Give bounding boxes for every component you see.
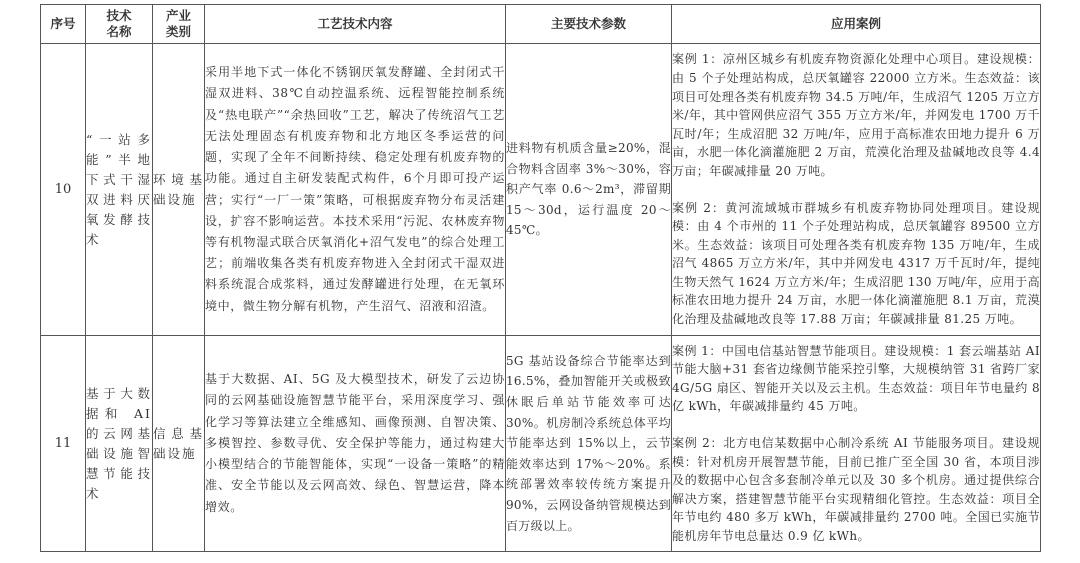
row-process-content: 采用半地下式一体化不锈钢厌氧发酵罐、全封闭式干湿双进料、38℃自动控温系统、远程… <box>205 44 506 336</box>
row-tech-name: 基于大数据和 AI 的云网基础设施智慧节能技术 <box>86 336 153 552</box>
row-application-cases: 案例 1：中国电信基站智慧节能项目。建设规模：1 套云端基站 AI 节能大脑+3… <box>672 336 1041 552</box>
header-name: 技术名称 <box>86 5 153 44</box>
header-seq: 序号 <box>41 5 86 44</box>
row-seq: 10 <box>41 44 86 336</box>
row-tech-params: 5G 基站设备综合节能率达到 16.5%，叠加智能开关或极致休眠后单站节能效率可… <box>506 336 672 552</box>
table-row: 11 基于大数据和 AI 的云网基础设施智慧节能技术 信息基础设施 基于大数据、… <box>41 336 1041 552</box>
row-seq: 11 <box>41 336 86 552</box>
header-content: 工艺技术内容 <box>205 5 506 44</box>
row-process-content: 基于大数据、AI、5G 及大模型技术，研发了云边协同的云网基础设施智慧节能平台，… <box>205 336 506 552</box>
row-tech-name: “一站多能”半地下式干湿双进料厌氧发酵技术 <box>86 44 153 336</box>
row-tech-params: 进料物有机质含量≥20%，混合物料含固率 3%～30%，容积产气率 0.6～2m… <box>506 44 672 336</box>
case-2: 案例 2：黄河流域城市群城乡有机废弃物协同处理项目。建设规模：由 4 个市州的 … <box>672 199 1040 329</box>
row-application-cases: 案例 1：凉州区城乡有机废弃物资源化处理中心项目。建设规模：由 5 个子处理站构… <box>672 44 1041 336</box>
header-cases: 应用案例 <box>672 5 1041 44</box>
table-row: 10 “一站多能”半地下式干湿双进料厌氧发酵技术 环境基础设施 采用半地下式一体… <box>41 44 1041 336</box>
row-category: 信息基础设施 <box>153 336 205 552</box>
table-header-row: 序号 技术名称 产业类别 工艺技术内容 主要技术参数 应用案例 <box>41 5 1041 44</box>
case-2: 案例 2：北方电信某数据中心制冷系统 AI 节能服务项目。建设规模：针对机房开展… <box>672 434 1040 546</box>
case-1: 案例 1：凉州区城乡有机废弃物资源化处理中心项目。建设规模：由 5 个子处理站构… <box>672 50 1040 180</box>
header-category: 产业类别 <box>153 5 205 44</box>
row-category: 环境基础设施 <box>153 44 205 336</box>
header-params: 主要技术参数 <box>506 5 672 44</box>
case-1: 案例 1：中国电信基站智慧节能项目。建设规模：1 套云端基站 AI 节能大脑+3… <box>672 342 1040 416</box>
technology-table: 序号 技术名称 产业类别 工艺技术内容 主要技术参数 应用案例 10 “一站多能… <box>40 4 1041 552</box>
